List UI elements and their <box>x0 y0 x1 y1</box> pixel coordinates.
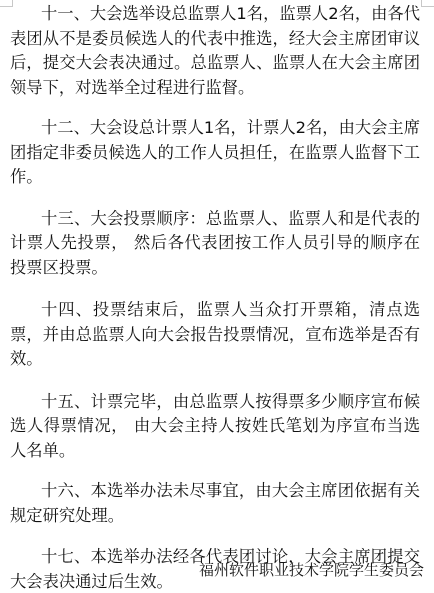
document-body: 十一、大会选举设总监票人1名，监票人2名，由各代表团从不是委员候选人的代表中推选… <box>10 2 420 593</box>
article-14-paragraph: 十四、投票结束后，监票人当众打开票箱，清点选票，并由总监票人向大会报告投票情况，… <box>10 298 420 372</box>
article-15-paragraph: 十五、计票完毕，由总监票人按得票多少顺序宣布候选人得票情况， 由大会主持人按姓氏… <box>10 390 420 464</box>
crop-mark-top-right <box>421 0 434 7</box>
article-11-paragraph: 十一、大会选举设总监票人1名，监票人2名，由各代表团从不是委员候选人的代表中推选… <box>10 2 420 100</box>
article-13-paragraph: 十三、大会投票顺序：总监票人、监票人和是代表的计票人先投票， 然后各代表团按工作… <box>10 207 420 281</box>
article-16-paragraph: 十六、本选举办法未尽事宜，由大会主席团依据有关规定研究处理。 <box>10 479 420 528</box>
issuer-signature: 福州软件职业技术学院学生委员会 <box>199 560 424 580</box>
article-12-paragraph: 十二、大会设总计票人1名，计票人2名，由大会主席团指定非委员候选人的工作人员担任… <box>10 116 420 190</box>
